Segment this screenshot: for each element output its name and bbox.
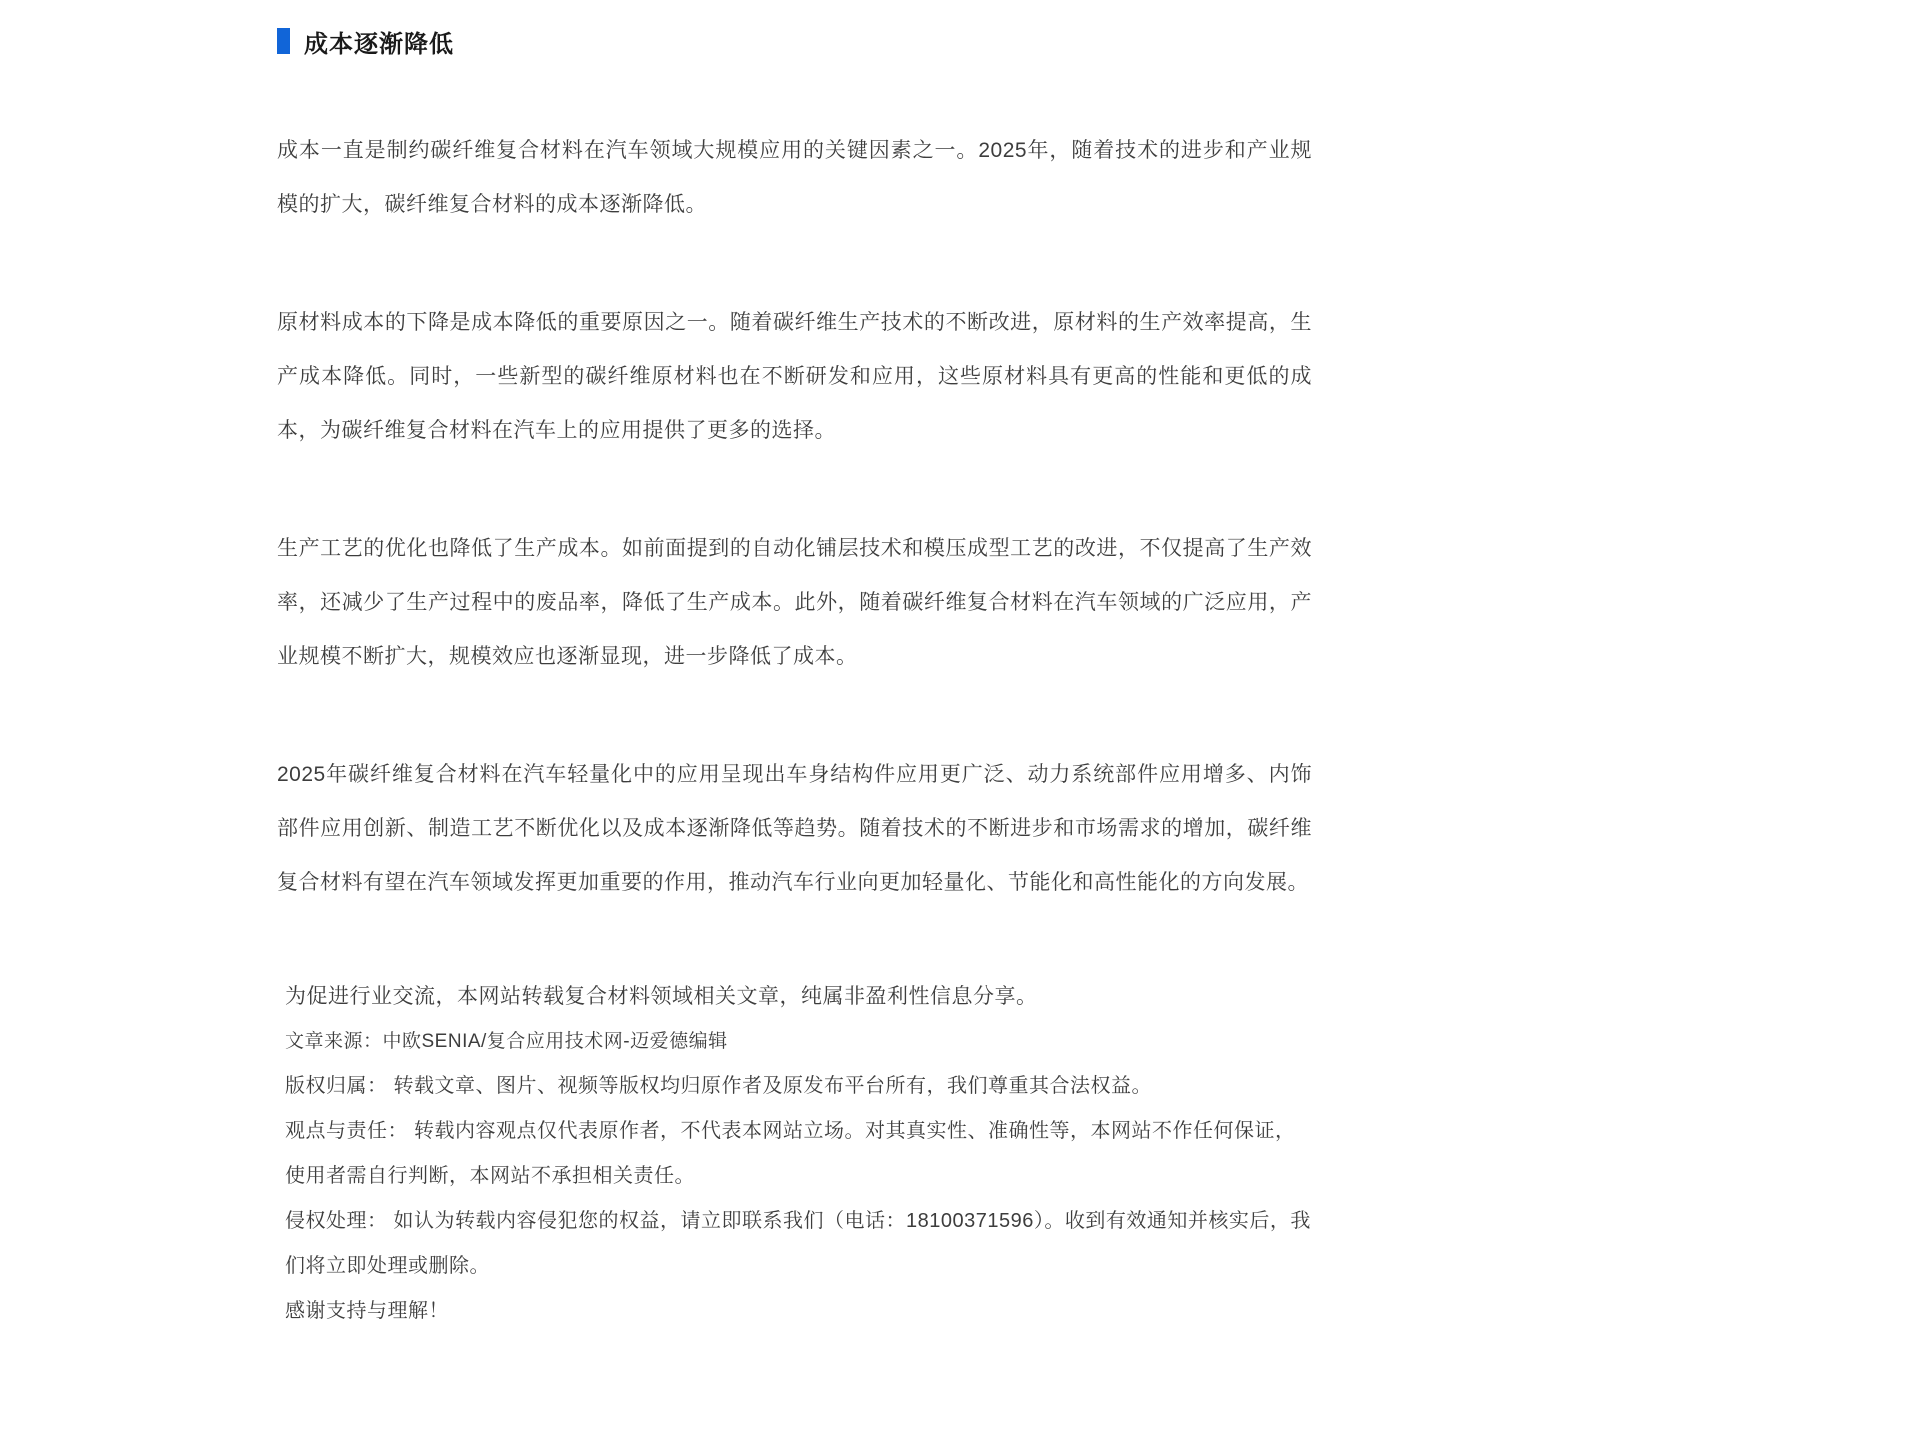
section-heading: 成本逐渐降低: [277, 26, 1312, 56]
disclaimer-copyright: 版权归属： 转载文章、图片、视频等版权均归原作者及原发布平台所有，我们尊重其合法…: [285, 1064, 1312, 1109]
paragraph-raw-material: 原材料成本的下降是成本降低的重要原因之一。随着碳纤维生产技术的不断改进，原材料的…: [277, 296, 1312, 458]
paragraph-cost-intro: 成本一直是制约碳纤维复合材料在汽车领域大规模应用的关键因素之一。2025年，随着…: [277, 124, 1312, 232]
disclaimer-purpose: 为促进行业交流，本网站转载复合材料领域相关文章，纯属非盈利性信息分享。: [285, 974, 1312, 1019]
article-page: 成本逐渐降低 成本一直是制约碳纤维复合材料在汽车领域大规模应用的关键因素之一。2…: [0, 0, 1920, 1456]
disclaimer-block: 为促进行业交流，本网站转载复合材料领域相关文章，纯属非盈利性信息分享。 文章来源…: [277, 974, 1312, 1334]
paragraph-2025-trends: 2025年碳纤维复合材料在汽车轻量化中的应用呈现出车身结构件应用更广泛、动力系统…: [277, 748, 1312, 910]
article-content: 成本逐渐降低 成本一直是制约碳纤维复合材料在汽车领域大规模应用的关键因素之一。2…: [277, 26, 1312, 1334]
section-title: 成本逐渐降低: [304, 24, 454, 59]
heading-accent-bar-icon: [277, 28, 290, 54]
disclaimer-article-source: 文章来源：中欧SENIA/复合应用技术网-迈爱德编辑: [285, 1019, 1312, 1064]
disclaimer-infringement-contact: 侵权处理： 如认为转载内容侵犯您的权益，请立即联系我们（电话：181003715…: [285, 1199, 1312, 1289]
disclaimer-viewpoint-responsibility: 观点与责任： 转载内容观点仅代表原作者，不代表本网站立场。对其真实性、准确性等，…: [285, 1109, 1312, 1199]
paragraph-process-optimization: 生产工艺的优化也降低了生产成本。如前面提到的自动化铺层技术和模压成型工艺的改进，…: [277, 522, 1312, 684]
article-body: 成本一直是制约碳纤维复合材料在汽车领域大规模应用的关键因素之一。2025年，随着…: [277, 124, 1312, 910]
disclaimer-thanks: 感谢支持与理解！: [285, 1289, 1312, 1334]
